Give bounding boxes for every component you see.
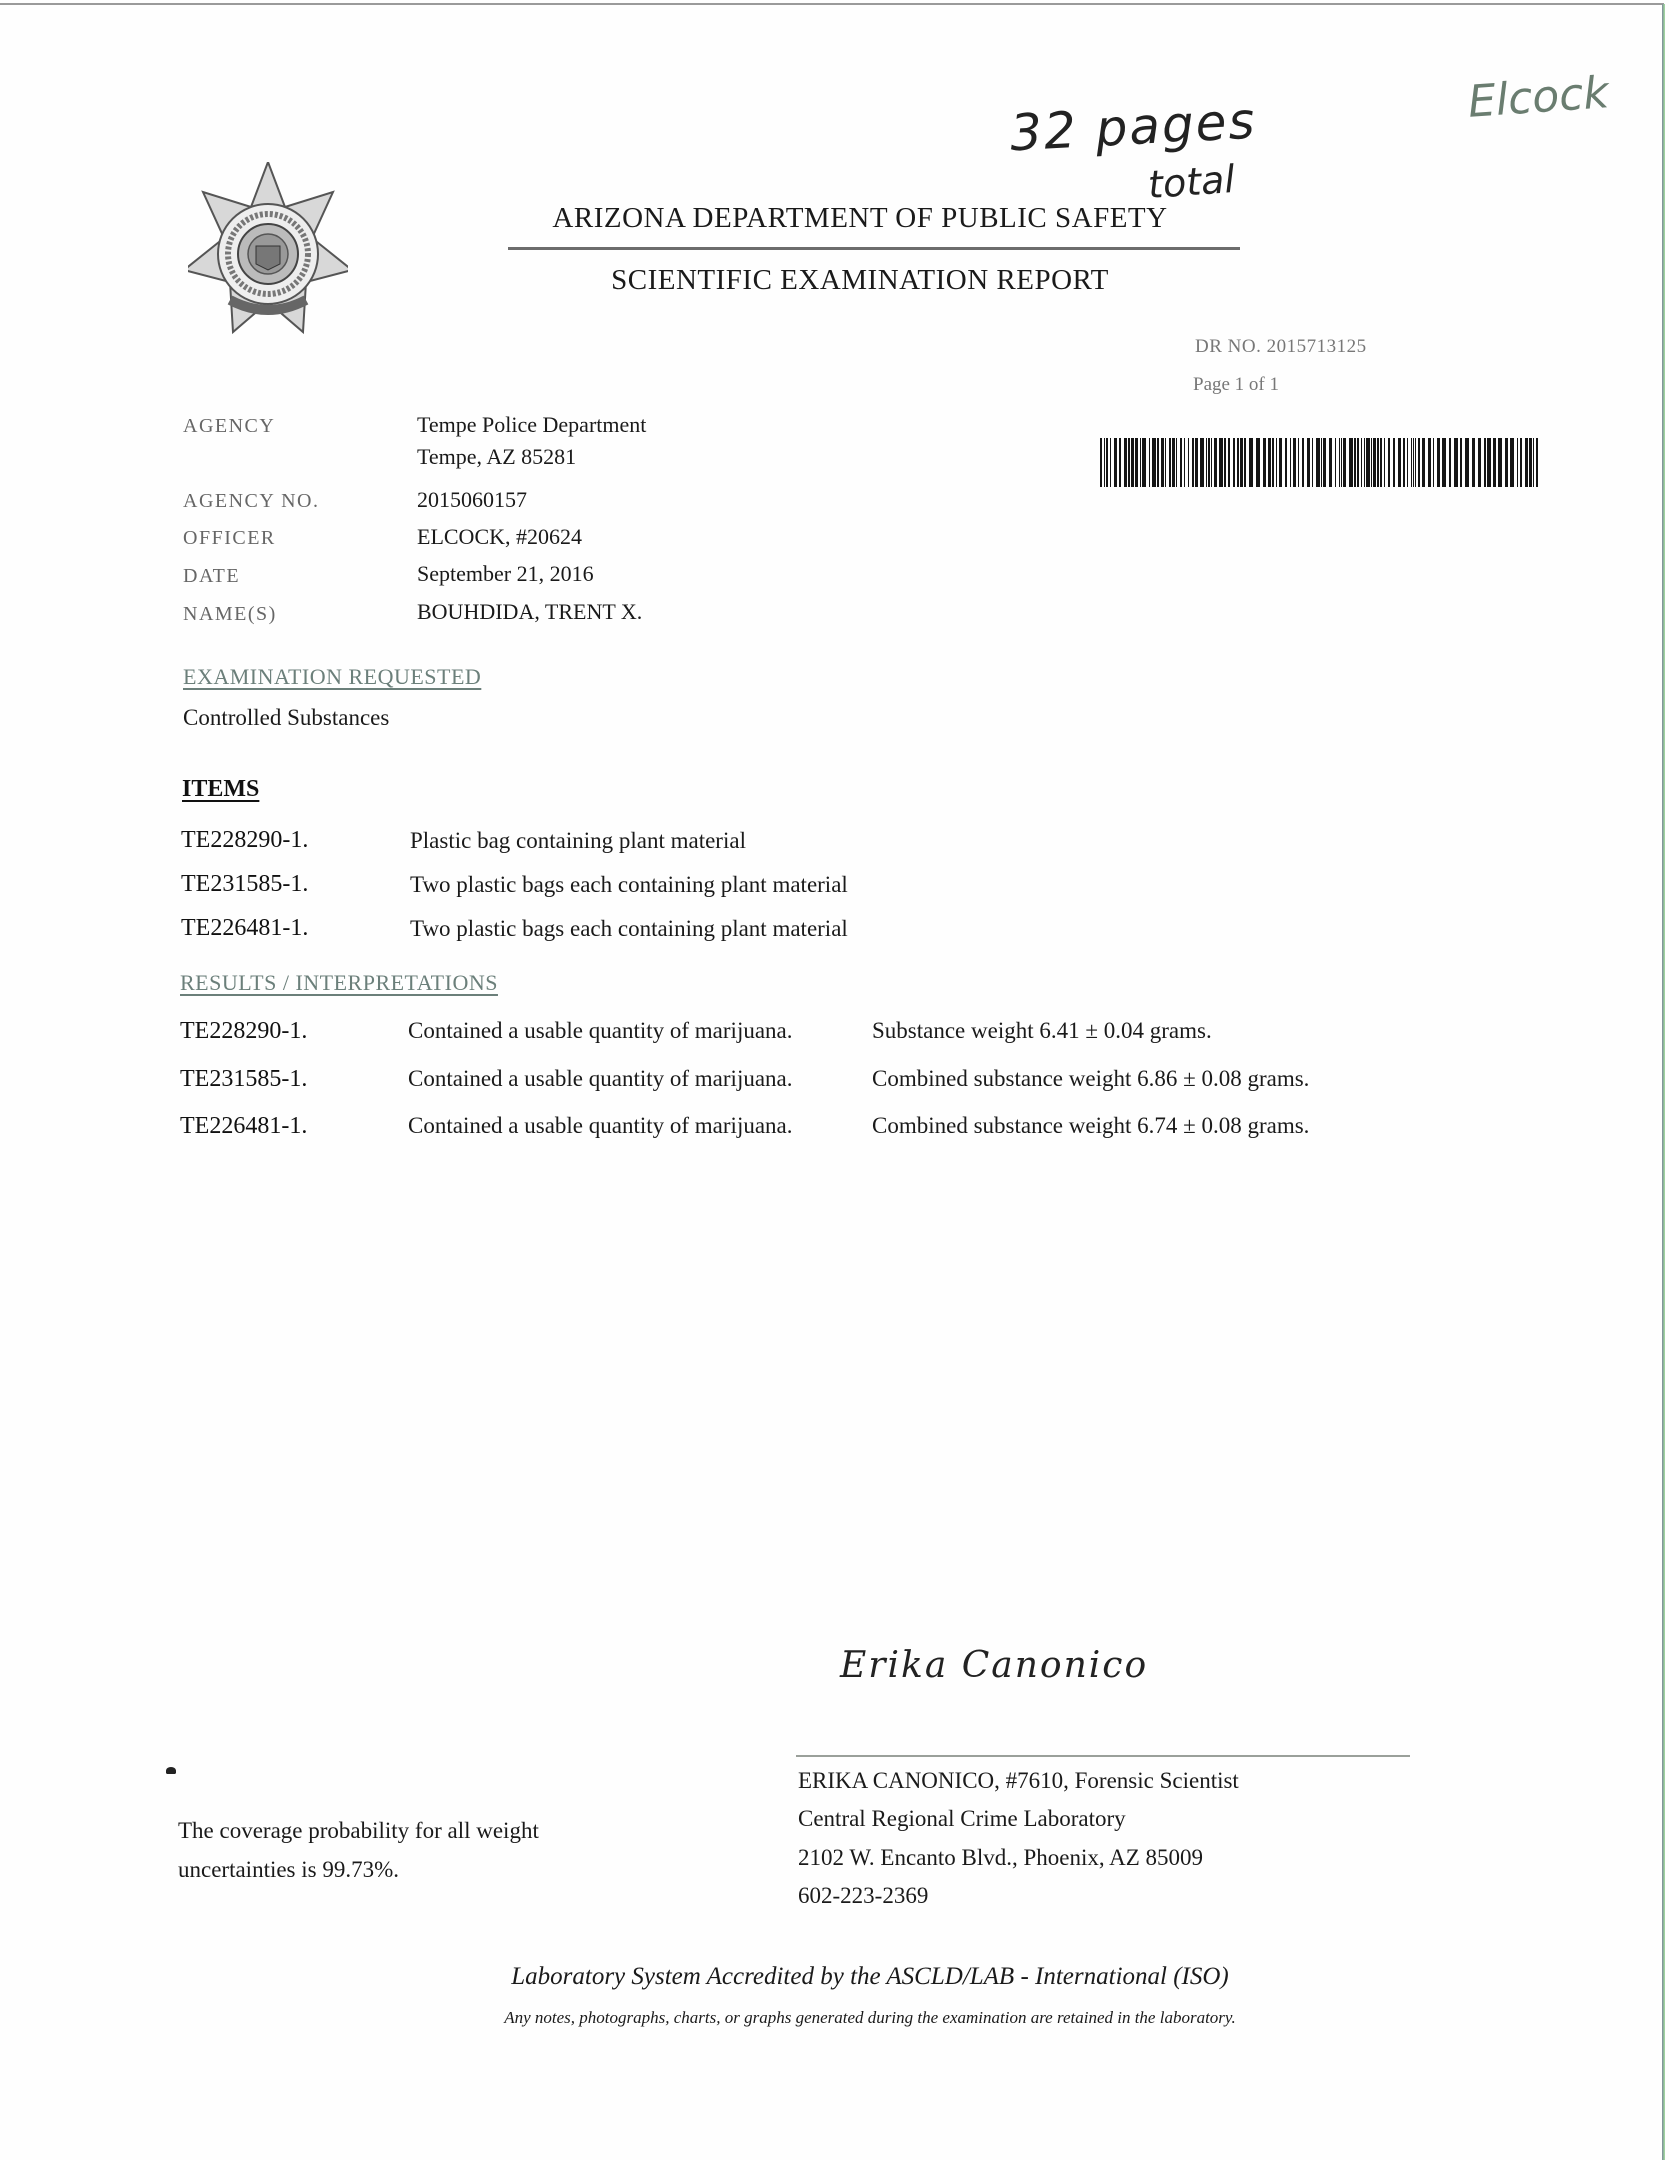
result-item-id: TE226481-1. (180, 1113, 307, 1140)
result-weight: Combined substance weight 6.86 ± 0.08 gr… (872, 1066, 1309, 1092)
officer: ELCOCK, #20624 (417, 524, 582, 550)
items-heading: ITEMS (182, 776, 259, 803)
names-label: NAME(S) (183, 603, 277, 626)
subject-names: BOUHDIDA, TRENT X. (417, 599, 642, 625)
signature-line (796, 1755, 1410, 1757)
agency-name: Tempe Police Department (417, 412, 646, 438)
result-weight: Combined substance weight 6.74 ± 0.08 gr… (872, 1113, 1309, 1139)
item-description: Plastic bag containing plant material (410, 828, 746, 854)
agency-no-label: AGENCY NO. (183, 490, 319, 513)
handwritten-initials: Elcock (1466, 67, 1610, 128)
page-indicator: Page 1 of 1 (1193, 374, 1279, 396)
lab-address: 2102 W. Encanto Blvd., Phoenix, AZ 85009 (798, 1845, 1203, 1871)
item-description: Two plastic bags each containing plant m… (410, 872, 848, 898)
item-description: Two plastic bags each containing plant m… (410, 916, 848, 942)
report-title: SCIENTIFIC EXAMINATION REPORT (470, 264, 1250, 297)
lab-phone: 602-223-2369 (798, 1883, 928, 1909)
result-finding: Contained a usable quantity of marijuana… (408, 1018, 793, 1044)
officer-label: OFFICER (183, 527, 276, 550)
item-id: TE231585-1. (181, 871, 308, 898)
handwritten-page-count: 32 pages (1009, 92, 1258, 163)
dps-star-badge-icon (188, 162, 348, 350)
lab-name: Central Regional Crime Laboratory (798, 1806, 1126, 1832)
dr-number: DR NO. 2015713125 (1195, 336, 1367, 358)
retention-note: Any notes, photographs, charts, or graph… (360, 2008, 1380, 2028)
results-heading: RESULTS / INTERPRETATIONS (180, 970, 498, 996)
coverage-note-line2: uncertainties is 99.73%. (178, 1857, 399, 1883)
result-weight: Substance weight 6.41 ± 0.04 grams. (872, 1018, 1212, 1044)
examination-requested-heading: EXAMINATION REQUESTED (183, 664, 481, 690)
agency-no: 2015060157 (417, 487, 527, 513)
item-id: TE226481-1. (181, 915, 308, 942)
scan-speck (166, 1767, 176, 1774)
page-top-border (0, 3, 1664, 5)
page-right-border (1662, 4, 1665, 2160)
header-divider (508, 247, 1240, 250)
examiner-name: ERIKA CANONICO, #7610, Forensic Scientis… (798, 1768, 1239, 1794)
result-item-id: TE231585-1. (180, 1066, 307, 1093)
result-finding: Contained a usable quantity of marijuana… (408, 1066, 793, 1092)
handwritten-signature: Erika Canonico (840, 1645, 1148, 1686)
agency-address: Tempe, AZ 85281 (417, 444, 576, 470)
barcode (1100, 438, 1540, 487)
date-label: DATE (183, 565, 240, 588)
accreditation-statement: Laboratory System Accredited by the ASCL… (360, 1963, 1380, 1991)
examination-requested-value: Controlled Substances (183, 705, 389, 731)
report-date: September 21, 2016 (417, 561, 594, 587)
item-id: TE228290-1. (181, 827, 308, 854)
handwritten-total: total (1147, 157, 1237, 207)
coverage-note-line1: The coverage probability for all weight (178, 1818, 539, 1844)
result-item-id: TE228290-1. (180, 1018, 307, 1045)
result-finding: Contained a usable quantity of marijuana… (408, 1113, 793, 1139)
agency-label: AGENCY (183, 415, 275, 438)
department-title: ARIZONA DEPARTMENT OF PUBLIC SAFETY (470, 202, 1250, 235)
